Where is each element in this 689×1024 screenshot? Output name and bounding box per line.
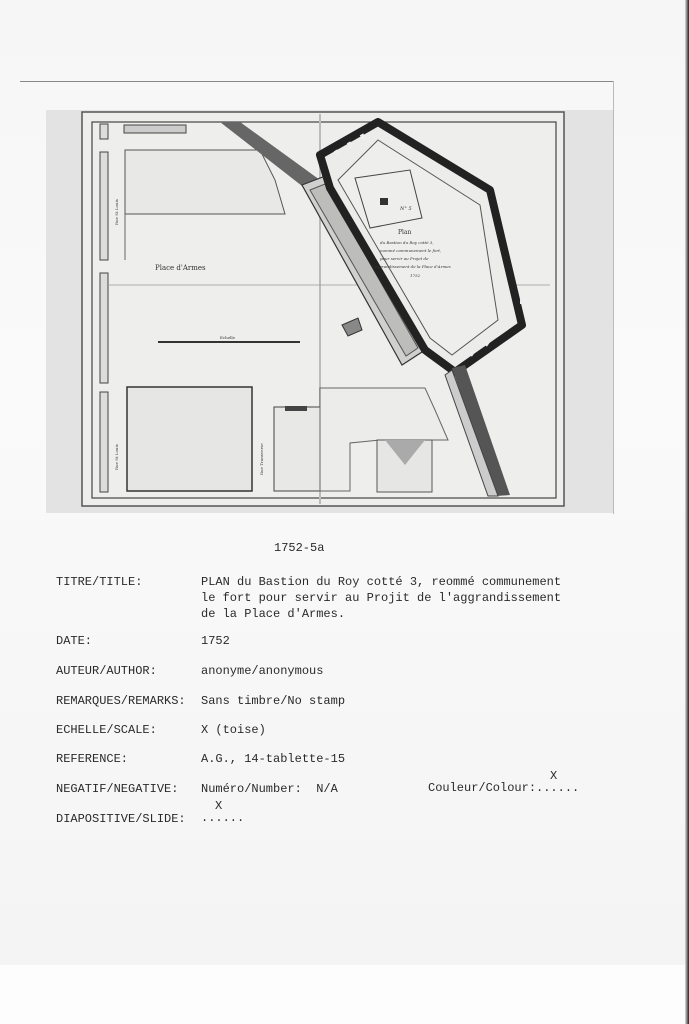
x-mark: X: [550, 769, 557, 783]
slide-checkmark: X......: [201, 811, 244, 825]
field-label: ECHELLE/SCALE:: [56, 722, 157, 738]
catalog-id: 1752-5a: [274, 541, 324, 555]
svg-text:Rue St Louis: Rue St Louis: [114, 444, 119, 470]
svg-text:Rue Transverse: Rue Transverse: [259, 443, 264, 475]
svg-text:nommé communement le fort,: nommé communement le fort,: [380, 248, 441, 253]
field-value: Sans timbre/No stamp: [201, 693, 345, 709]
field-label: TITRE/TITLE:: [56, 574, 142, 590]
svg-text:Plan: Plan: [398, 229, 412, 236]
field-value: PLAN du Bastion du Roy cotté 3, reommé c…: [201, 574, 561, 622]
field-value: Numéro/Number: N/A: [201, 781, 338, 797]
colour-dots: ......: [536, 781, 579, 795]
svg-text:du Bastion du Roy cotté 3,: du Bastion du Roy cotté 3,: [380, 240, 434, 245]
colour-field: Couleur/Colour:X......: [428, 781, 579, 795]
svg-text:l'aggrandissement de la Place: l'aggrandissement de la Place d'Armes: [372, 264, 451, 269]
field-value: anonyme/anonymous: [201, 663, 323, 679]
colour-label: Couleur/Colour:: [428, 781, 536, 795]
field-label: DATE:: [56, 633, 92, 649]
colour-checkmark: X......: [536, 781, 579, 795]
svg-text:1752: 1752: [410, 273, 421, 278]
mount-right-border: [613, 81, 614, 514]
field-label: NEGATIF/NEGATIVE:: [56, 781, 178, 797]
fortification-plan-map: Echelle Place d'Armes N° 5 Plan du Basti…: [80, 110, 565, 510]
field-label: REMARQUES/REMARKS:: [56, 693, 186, 709]
svg-text:N° 5: N° 5: [399, 206, 412, 212]
field-label: DIAPOSITIVE/SLIDE:: [56, 811, 186, 827]
svg-text:pour servir au Projet de: pour servir au Projet de: [380, 256, 429, 261]
field-label: REFERENCE:: [56, 751, 128, 767]
field-label: AUTEUR/AUTHOR:: [56, 663, 157, 679]
x-mark: X: [215, 799, 222, 813]
svg-text:Echelle: Echelle: [220, 335, 236, 340]
field-value: A.G., 14-tablette-15: [201, 751, 345, 767]
svg-text:Rue St Louis: Rue St Louis: [114, 199, 119, 225]
mount-top-border: [20, 81, 614, 82]
field-value: X (toise): [201, 722, 266, 738]
slide-dots: ......: [201, 811, 244, 825]
svg-text:Place d'Armes: Place d'Armes: [155, 264, 206, 272]
scan-edge: [685, 0, 689, 1024]
field-value: 1752: [201, 633, 230, 649]
